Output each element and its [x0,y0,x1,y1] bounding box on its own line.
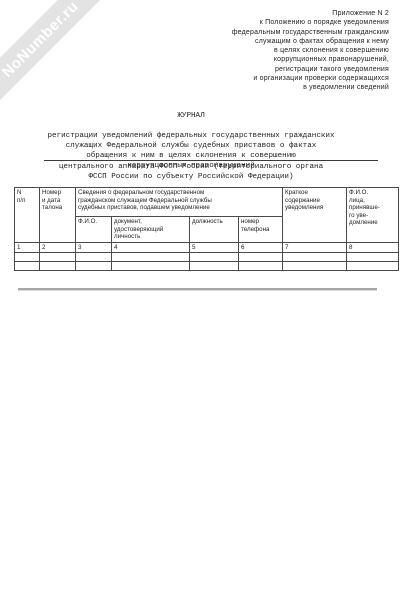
journal-title: ЖУРНАЛ [0,111,382,121]
header-cell-info-span: Сведения о федеральном государственном г… [76,188,283,217]
empty-cell [112,253,190,262]
empty-cell [190,253,239,262]
empty-cell [239,262,283,271]
empty-cell [190,262,239,271]
empty-cell [76,253,112,262]
empty-row [15,262,399,271]
empty-cell [112,262,190,271]
header-cell-num: N п/п [15,188,40,243]
appendix-note: Приложение N 2 к Положению о порядке уве… [232,9,389,93]
watermark-ribbon: NoNumber.ru [0,0,111,110]
empty-cell [347,262,399,271]
document-page: NoNumber.ru Приложение N 2 к Положению о… [0,0,420,600]
column-number-cell: 5 [190,242,239,253]
column-number-cell: 3 [76,242,112,253]
column-number-cell: 2 [40,242,76,253]
header-row-1: N п/п Номер и дата талона Сведения о фед… [15,188,399,217]
empty-cell [76,262,112,271]
header-cell-summary: Краткое содержание уведомления [283,188,347,243]
registration-table: N п/п Номер и дата талона Сведения о фед… [14,187,399,271]
empty-cell [40,262,76,271]
header-cell-doc: документ, удостоверяющий личность [112,217,190,243]
column-numbers-row: 1 2 3 4 5 6 7 8 [15,242,399,253]
org-caption: центрального аппарата ФССП России (терри… [0,163,382,182]
header-cell-receiver: Ф.И.О. лица, принявше- го уве- домление [347,188,399,243]
watermark-text: NoNumber.ru [0,0,82,81]
org-fill-line [44,160,378,161]
header-cell-talon: Номер и дата талона [40,188,76,243]
header-cell-fio: Ф.И.О. [76,217,112,243]
empty-cell [283,262,347,271]
empty-cell [15,253,40,262]
empty-cell [347,253,399,262]
column-number-cell: 6 [239,242,283,253]
bottom-divider [18,288,377,291]
column-number-cell: 7 [283,242,347,253]
header-cell-position: должность [190,217,239,243]
header-cell-phone: номер телефона [239,217,283,243]
column-number-cell: 1 [15,242,40,253]
column-number-cell: 8 [347,242,399,253]
empty-row [15,253,399,262]
empty-cell [15,262,40,271]
empty-cell [40,253,76,262]
empty-cell [283,253,347,262]
column-number-cell: 4 [112,242,190,253]
empty-cell [239,253,283,262]
